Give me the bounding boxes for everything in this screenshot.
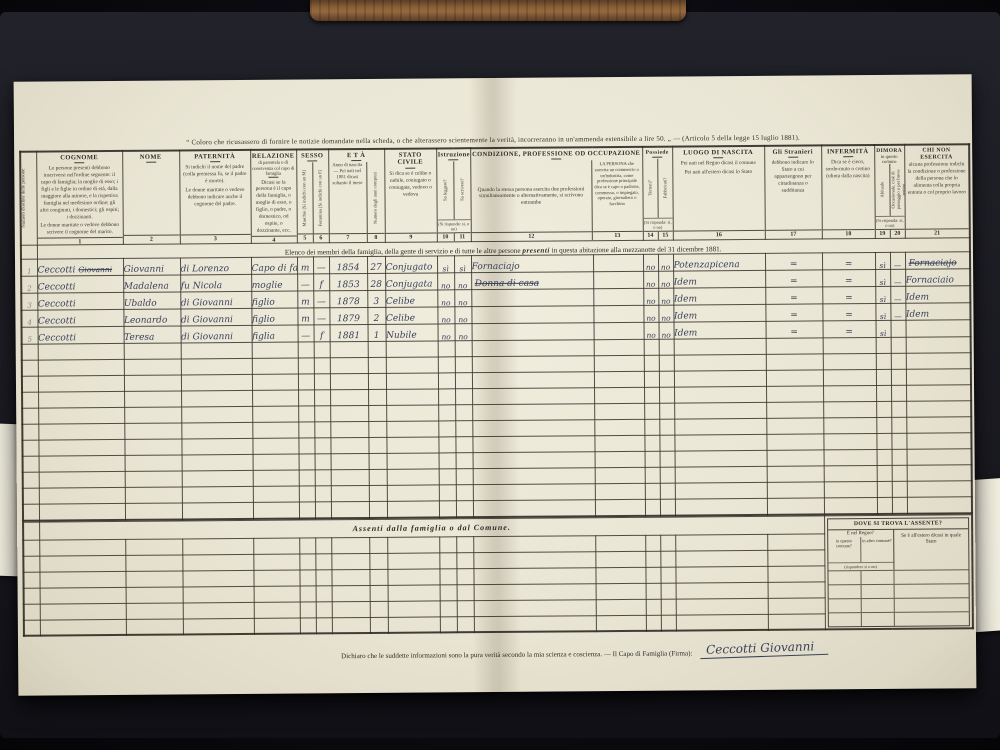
- empty-cell: [645, 535, 660, 551]
- cognome-cell: Ceccotti: [37, 309, 123, 327]
- empty-cell: [331, 469, 369, 485]
- empty-cell: [40, 603, 126, 620]
- stato-civile-cell: Celibe: [385, 307, 437, 324]
- empty-cell: [472, 372, 594, 389]
- empty-cell: [126, 602, 183, 618]
- empty-cell: [645, 499, 660, 515]
- empty-cell: [332, 601, 370, 617]
- empty-cell: [386, 373, 438, 389]
- empty-cell: [876, 353, 891, 369]
- empty-cell: [252, 374, 298, 390]
- empty-cell: [594, 339, 644, 355]
- empty-cell: [891, 337, 906, 353]
- declaration-text: Dichiaro che le suddette informazioni so…: [341, 649, 692, 660]
- empty-cell: [386, 405, 438, 421]
- column-header-sesso: SESSO Maschio [Si indichi con un M]5 Fem…: [296, 149, 329, 243]
- empty-cell: [330, 341, 368, 357]
- empty-cell: [369, 553, 387, 569]
- column-header-relazione: RELAZIONE di parentela o di convivenza c…: [250, 150, 297, 244]
- empty-cell: [298, 342, 314, 358]
- empty-cell: [595, 567, 645, 583]
- empty-cell: [369, 501, 387, 517]
- empty-cell: [823, 370, 876, 386]
- empty-cell: [474, 615, 596, 632]
- empty-cell: [22, 440, 38, 456]
- empty-cell: [125, 570, 182, 586]
- sa-scrivere-cell: no: [454, 290, 471, 307]
- column-header-chi-non-esercita: CHI NON ESERCITA alcuna professione indi…: [904, 144, 970, 238]
- empty-cell: [892, 481, 907, 497]
- row-number-cell: 5: [22, 327, 38, 344]
- empty-cell: [767, 565, 824, 581]
- relazione-cell: figlio: [251, 308, 297, 325]
- row-number-cell: 1: [21, 259, 37, 276]
- photograph-of-census-sheet: “ Coloro che ricusassero di fornire le n…: [0, 0, 1000, 750]
- condizione-cell: [471, 306, 593, 324]
- empty-cell: [315, 454, 331, 470]
- empty-cell: [388, 600, 440, 616]
- empty-cell: [674, 434, 766, 451]
- empty-cell: [126, 618, 183, 634]
- empty-cell: [473, 551, 595, 568]
- row-number-cell: 3: [21, 293, 37, 310]
- empty-cell: [823, 338, 876, 354]
- empty-cell: [674, 418, 766, 435]
- empty-cell: [877, 497, 892, 513]
- paternita-cell: di Giovanni: [181, 325, 252, 343]
- empty-cell: [330, 405, 368, 421]
- empty-cell: [472, 404, 594, 421]
- column-header-luogo-nascita: LUOGO DI NASCITA Pei nati nel Regno dica…: [672, 146, 765, 240]
- possiede-fabbricati-cell: no: [658, 254, 673, 271]
- empty-cell: [314, 422, 330, 438]
- notebox-questo-comune: in questo comune?: [828, 537, 860, 562]
- nome-cell: Teresa: [124, 326, 181, 343]
- empty-cell: [439, 469, 456, 485]
- empty-cell: [39, 471, 125, 488]
- sa-leggere-cell: sì: [437, 256, 454, 273]
- empty-cell: [368, 373, 386, 389]
- empty-cell: [440, 584, 457, 600]
- infermita-cell: =: [822, 253, 875, 270]
- empty-cell: [314, 406, 330, 422]
- empty-cell: [455, 421, 472, 437]
- empty-cell: [659, 403, 674, 419]
- empty-cell: [370, 617, 388, 633]
- empty-cell: [675, 550, 767, 567]
- paternita-cell: di Lorenzo: [180, 257, 251, 275]
- cognome-cell: Ceccotti: [38, 326, 124, 344]
- empty-cell: [456, 568, 473, 584]
- stranieri-cell: =: [765, 270, 822, 287]
- column-header-stranieri: Gli Stranieri debbono indicare lo Stato …: [764, 145, 822, 239]
- sa-scrivere-cell: no: [454, 273, 471, 290]
- empty-cell: [387, 469, 439, 485]
- empty-cell: [299, 454, 315, 470]
- empty-cell: [907, 497, 972, 514]
- possiede-terreni-cell: no: [643, 305, 658, 322]
- empty-cell: [906, 353, 971, 370]
- stato-civile-cell: Conjugato: [385, 256, 437, 273]
- empty-cell: [660, 567, 675, 583]
- empty-cell: [182, 538, 253, 555]
- empty-cell: [125, 503, 182, 519]
- sa-leggere-cell: no: [437, 307, 454, 324]
- cognome-cell: Ceccotti: [37, 292, 123, 310]
- empty-cell: [438, 373, 455, 389]
- empty-cell: [298, 438, 314, 454]
- condizione-13-cell: [593, 271, 643, 288]
- empty-cell: [370, 601, 388, 617]
- clipboard-wood-clip: [310, 0, 686, 21]
- empty-cell: [38, 407, 124, 424]
- condizione-13-cell: [593, 288, 643, 305]
- empty-cell: [439, 453, 456, 469]
- empty-cell: [675, 450, 767, 467]
- column-header-paternita: PATERNITÀ Si indichi il nome del padre (…: [179, 150, 251, 244]
- empty-cell: [24, 620, 40, 636]
- empty-cell: [645, 451, 660, 467]
- empty-cell: [331, 501, 369, 517]
- empty-cell: [181, 422, 252, 439]
- empty-cell: [674, 402, 766, 419]
- column-header-cognome: COGNOME Le persone presenti debbono insc…: [36, 151, 123, 245]
- luogo-nascita-cell: Potenzapicena: [673, 253, 765, 271]
- luogo-nascita-cell: Idem: [673, 270, 765, 288]
- empty-cell: [823, 434, 876, 450]
- empty-cell: [438, 357, 455, 373]
- stato-civile-cell: Celibe: [385, 290, 437, 307]
- empty-cell: [22, 392, 38, 408]
- empty-cell: [125, 554, 182, 570]
- empty-cell: [22, 408, 38, 424]
- empty-cell: [438, 437, 455, 453]
- empty-cell: [300, 617, 316, 633]
- empty-cell: [676, 614, 768, 631]
- empty-cell: [124, 423, 181, 439]
- empty-cell: [24, 604, 40, 620]
- sa-scrivere-cell: no: [455, 324, 472, 341]
- empty-cell: [330, 421, 368, 437]
- empty-cell: [644, 355, 659, 371]
- empty-cell: [660, 483, 675, 499]
- empty-cell: [38, 359, 124, 376]
- relazione-cell: figlio: [251, 291, 297, 308]
- empty-cell: [316, 585, 332, 601]
- empty-cell: [474, 583, 596, 600]
- sa-leggere-cell: no: [438, 324, 455, 341]
- anni-compiuti-cell: 27: [367, 256, 385, 273]
- empty-cell: [38, 343, 124, 360]
- empty-cell: [595, 483, 645, 499]
- empty-cell: [659, 387, 674, 403]
- empty-cell: [768, 597, 825, 613]
- empty-cell: [659, 371, 674, 387]
- empty-cell: [299, 537, 315, 553]
- empty-cell: [877, 481, 892, 497]
- empty-cell: [438, 341, 455, 357]
- empty-cell: [823, 354, 876, 370]
- empty-cell: [386, 437, 438, 453]
- empty-cell: [125, 538, 182, 554]
- empty-cell: [645, 483, 660, 499]
- empty-cell: [181, 358, 252, 375]
- empty-cell: [253, 470, 299, 486]
- empty-cell: [644, 371, 659, 387]
- empty-cell: [330, 357, 368, 373]
- empty-cell: [39, 555, 125, 572]
- notebox-blank-rows: [828, 569, 969, 626]
- infermita-cell: =: [822, 287, 875, 304]
- empty-cell: [253, 538, 299, 554]
- empty-cell: [876, 369, 891, 385]
- empty-cell: [767, 450, 824, 466]
- dimora-abituale-cell: sì: [875, 286, 890, 303]
- sesso-f-cell: —: [313, 308, 329, 325]
- empty-cell: [595, 451, 645, 467]
- empty-cell: [661, 583, 676, 599]
- condizione-cell: Fornaciajo: [471, 255, 593, 273]
- empty-cell: [182, 554, 253, 571]
- empty-cell: [906, 369, 971, 386]
- condizione-cell: [472, 323, 594, 341]
- empty-cell: [314, 374, 330, 390]
- empty-cell: [824, 498, 877, 514]
- relazione-cell: figlia: [252, 325, 298, 342]
- empty-cell: [823, 418, 876, 434]
- empty-cell: [124, 375, 181, 391]
- empty-cell: [646, 599, 661, 615]
- empty-cell: [388, 616, 440, 632]
- empty-cell: [645, 567, 660, 583]
- empty-cell: [440, 616, 457, 632]
- possiede-fabbricati-cell: no: [659, 322, 674, 339]
- empty-cell: [181, 438, 252, 455]
- empty-cell: [660, 499, 675, 515]
- empty-cell: [368, 389, 386, 405]
- assenti-section-title: Assenti dalla famiglia o dal Comune.: [40, 520, 824, 535]
- empty-cell: [768, 613, 825, 629]
- empty-cell: [330, 437, 368, 453]
- sesso-m-cell: —: [298, 325, 314, 342]
- empty-cell: [252, 406, 298, 422]
- empty-cell: [316, 617, 332, 633]
- empty-cell: [386, 421, 438, 437]
- condizione-13-cell: [593, 254, 643, 271]
- sesso-m-cell: m: [297, 257, 313, 274]
- empty-cell: [369, 485, 387, 501]
- empty-cell: [299, 502, 315, 518]
- empty-cell: [644, 339, 659, 355]
- empty-cell: [182, 454, 253, 471]
- empty-cell: [23, 556, 39, 572]
- empty-cell: [596, 583, 646, 599]
- empty-cell: [766, 434, 823, 450]
- empty-cell: [40, 619, 126, 636]
- dimora-abituale-cell: sì: [875, 252, 890, 269]
- empty-cell: [125, 455, 182, 471]
- empty-cell: [676, 598, 768, 615]
- empty-cell: [181, 406, 252, 423]
- empty-cell: [331, 553, 369, 569]
- empty-cell: [456, 552, 473, 568]
- empty-cell: [181, 342, 252, 359]
- empty-cell: [473, 484, 595, 501]
- anni-compiuti-cell: 28: [367, 273, 385, 290]
- empty-cell: [254, 586, 300, 602]
- empty-cell: [766, 418, 823, 434]
- chi-non-esercita-cell: [906, 320, 971, 338]
- empty-cell: [891, 385, 906, 401]
- empty-cell: [766, 370, 823, 386]
- paternita-cell: di Giovanni: [180, 308, 251, 326]
- empty-cell: [474, 599, 596, 616]
- empty-cell: [24, 588, 40, 604]
- empty-cell: [907, 465, 972, 482]
- empty-cell: [23, 522, 39, 540]
- empty-cell: [314, 358, 330, 374]
- empty-cell: [892, 497, 907, 513]
- empty-cell: [455, 405, 472, 421]
- empty-cell: [252, 438, 298, 454]
- empty-cell: [675, 498, 767, 515]
- luogo-nascita-cell: Idem: [673, 304, 765, 322]
- empty-cell: [299, 486, 315, 502]
- empty-cell: [330, 373, 368, 389]
- empty-cell: [767, 466, 824, 482]
- empty-cell: [181, 390, 252, 407]
- empty-cell: [594, 355, 644, 371]
- empty-cell: [646, 583, 661, 599]
- empty-cell: [182, 470, 253, 487]
- empty-cell: [368, 341, 386, 357]
- empty-cell: [661, 599, 676, 615]
- empty-cell: [254, 602, 300, 618]
- empty-cell: [299, 569, 315, 585]
- dimora-occasionale-cell: —: [890, 269, 905, 286]
- empty-cell: [298, 374, 314, 390]
- empty-cell: [39, 455, 125, 472]
- cognome-cell: Ceccotti: [37, 275, 123, 293]
- empty-cell: [439, 552, 456, 568]
- stranieri-cell: =: [765, 304, 822, 321]
- numero-vertical-label: Numero d'ordine delle persone: [21, 169, 36, 228]
- empty-cell: [766, 354, 823, 370]
- nome-cell: Leonardo: [123, 309, 180, 326]
- empty-cell: [877, 465, 892, 481]
- sa-scrivere-cell: sì: [454, 256, 471, 273]
- empty-cell: [316, 601, 332, 617]
- empty-cell: [892, 449, 907, 465]
- anno-nascita-cell: 1878: [329, 291, 367, 308]
- empty-cell: [252, 422, 298, 438]
- dimora-occasionale-cell: —: [890, 286, 905, 303]
- empty-cell: [660, 467, 675, 483]
- empty-cell: [23, 540, 39, 556]
- anni-compiuti-cell: 1: [368, 324, 386, 341]
- empty-cell: [661, 615, 676, 631]
- empty-cell: [644, 387, 659, 403]
- chi-non-esercita-cell: Idem: [905, 303, 970, 321]
- anni-compiuti-cell: 3: [367, 290, 385, 307]
- empty-cell: [387, 485, 439, 501]
- empty-cell: [182, 502, 253, 519]
- empty-cell: [768, 581, 825, 597]
- head-of-family-signature: Ceccotti Giovanni: [700, 639, 829, 659]
- empty-cell: [473, 567, 595, 584]
- empty-cell: [331, 569, 369, 585]
- empty-cell: [594, 371, 644, 387]
- empty-cell: [646, 615, 661, 631]
- empty-cell: [252, 342, 298, 358]
- column-header-possiede: Possiede Terreni? Fabbricati? (Si rispon…: [642, 147, 673, 241]
- notebox-altro-comune: in altro comune?: [860, 536, 893, 561]
- empty-cell: [438, 421, 455, 437]
- empty-cell: [876, 337, 891, 353]
- column-header-stato-civile: STATO CIVILE Si dica se è celibe o nubil…: [384, 148, 437, 242]
- notebox-estero-label: Se è all'estero dicasi in quale Stato: [894, 529, 969, 570]
- empty-cell: [23, 572, 39, 588]
- empty-cell: [331, 537, 369, 553]
- empty-cell: [596, 615, 646, 631]
- empty-cell: [314, 438, 330, 454]
- empty-cell: [660, 551, 675, 567]
- chi-non-esercita-cell: Fornaciajo: [905, 252, 970, 270]
- sa-leggere-cell: no: [437, 273, 454, 290]
- luogo-nascita-cell: Idem: [674, 321, 766, 339]
- empty-cell: [674, 386, 766, 403]
- empty-cell: [315, 553, 331, 569]
- dimora-abituale-cell: sì: [875, 269, 890, 286]
- empty-cell: [823, 402, 876, 418]
- empty-cell: [253, 502, 299, 518]
- relazione-cell: Capo di fam.: [251, 257, 297, 274]
- empty-cell: [456, 469, 473, 485]
- sesso-m-cell: m: [297, 308, 313, 325]
- column-header-infermita: INFERMITÀ Dica se è cieco, sordo-muto o …: [821, 145, 875, 239]
- empty-cell: [314, 342, 330, 358]
- sa-leggere-cell: no: [437, 290, 454, 307]
- empty-cell: [331, 485, 369, 501]
- empty-cell: [182, 486, 253, 503]
- assenti-table: Assenti dalla famiglia o dal Comune. DOV…: [22, 514, 974, 637]
- stranieri-cell: =: [765, 253, 822, 270]
- empty-cell: [439, 536, 456, 552]
- empty-cell: [472, 388, 594, 405]
- sesso-f-cell: —: [313, 257, 329, 274]
- census-table: Numero d'ordine delle persone COGNOME Le…: [19, 143, 973, 521]
- column-header-dimora: DIMORA in questo comune Abituale Occasio…: [874, 145, 905, 239]
- anno-nascita-cell: 1854: [329, 257, 367, 274]
- nome-cell: Giovanni: [123, 258, 180, 275]
- empty-cell: [472, 420, 594, 437]
- empty-cell: [767, 549, 824, 565]
- empty-cell: [300, 585, 316, 601]
- empty-cell: [22, 424, 38, 440]
- empty-cell: [181, 374, 252, 391]
- empty-cell: [645, 467, 660, 483]
- infermita-cell: =: [822, 270, 875, 287]
- chi-non-esercita-cell: Idem: [905, 286, 970, 304]
- possiede-fabbricati-cell: no: [658, 288, 673, 305]
- stranieri-cell: =: [766, 321, 823, 338]
- empty-cell: [473, 452, 595, 469]
- empty-cell: [824, 466, 877, 482]
- dimora-occasionale-cell: [891, 320, 906, 337]
- empty-cell: [594, 403, 644, 419]
- empty-cell: [299, 553, 315, 569]
- empty-cell: [332, 617, 370, 633]
